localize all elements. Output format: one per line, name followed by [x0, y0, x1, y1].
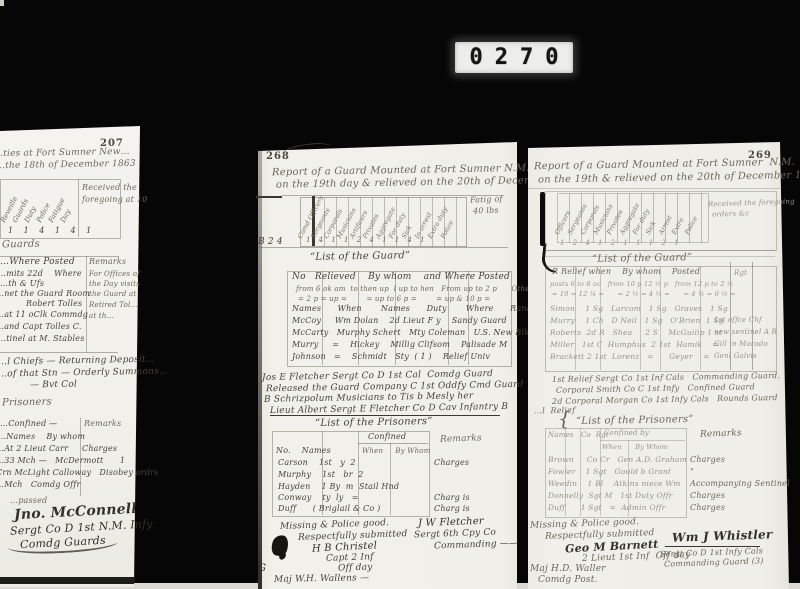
row-remark: Genl Galvis [714, 353, 757, 360]
guard-table-header: posts 6 to 8 oc from 10 p 12 ½ p from 12… [550, 281, 733, 288]
left-posted-row: …tinel at M. Stables [0, 335, 85, 343]
row-remark: 1st offce Chf [714, 317, 762, 324]
left-posted-row: …and Capt Tolles C. [0, 323, 82, 331]
frame-counter-digits: 0270 [458, 45, 571, 70]
left-remarks-line: Retired Tol… [89, 302, 138, 309]
table-row: Duff ( Briglail & Co ) [278, 505, 380, 513]
row-remark: Charges [690, 504, 725, 512]
center-tally-note: Fatig of [470, 195, 503, 204]
left-posted-row: …at 11 oClk Commdg [0, 311, 88, 319]
left-guards-label: Guards [2, 240, 40, 251]
rule-line [258, 247, 508, 248]
left-chief-line: — Bvt Col [30, 381, 77, 391]
left-posted-row: …net the Guard Room [0, 290, 90, 298]
left-prisoner-row: …Confined — [0, 420, 57, 428]
left-remarks-line: at th… [89, 313, 114, 320]
table-row: Conway ty ly = [278, 494, 359, 502]
left-prisoner-row: Crn McLight Calloway Disobey ordrs [0, 469, 159, 477]
table-row: Hayden 1 By m Stail Hnd [278, 483, 399, 491]
tally-column-label: Police [683, 215, 699, 236]
left-received-note: Received the [82, 184, 137, 192]
prisoners-list-quote: “List of the Prisoners” [576, 415, 694, 427]
table-row: Roberts 2d R Shea 2 S McGuilip 1 st [550, 329, 722, 337]
prisoners-columns: Names Co Rgt [548, 432, 609, 439]
guard-table-header: from 6 ok am to then up l up to hen From… [296, 286, 537, 293]
row-remark: Charg is [434, 505, 470, 513]
remarks-header: Remarks [700, 429, 742, 439]
film-edge-sliver [0, 0, 4, 6]
table-row: Murry = Hickey Millig Clifsom Palisade M [292, 341, 507, 349]
closing-line: Maj H.D. Waller [530, 565, 606, 574]
microfilm-scan: 0270 207 …ties at Fort Sumner New… …the … [0, 0, 800, 589]
left-remarks-line: the Day visits [89, 281, 140, 288]
right-tally-header: Officers Sergeants Corporals Musicians P… [559, 194, 707, 238]
guard-list-quote: “List of the Guard” [310, 251, 410, 263]
guard-list-quote: “List of the Guard” [592, 253, 692, 265]
guard-table-columns: Names When Names Duty Where Rank [292, 305, 532, 313]
prisoners-subcolumns: When By Whom [602, 444, 668, 451]
brace-mark: { [558, 408, 571, 428]
table-border [600, 440, 685, 441]
table-border [358, 443, 428, 444]
left-prisoners-heading: Prisoners [2, 398, 52, 409]
rule-line [528, 188, 780, 189]
row-remark: Charg is [434, 494, 470, 502]
left-remarks-line: the Guard at [89, 291, 136, 298]
table-row: Simon 1 Sg Larcom 1 Sg Graves 1 Sg [550, 305, 728, 313]
left-tally-counts: 1 1 4 1 4 1 [8, 227, 95, 235]
closing-line: Comdg Post. [538, 576, 598, 585]
prisoners-list-quote: “List of the Prisoners” [315, 417, 433, 429]
left-remarks-line: Remarks [89, 258, 126, 266]
rule-line [545, 250, 775, 251]
guard-table-header: No Relieved By whom and Where Posted [292, 273, 510, 282]
left-chief-line: …of that Stn — Orderly Summons… [0, 368, 168, 380]
guard-table-header: = 10 = 12 ¼ = = 2 ½ = 4 ½ = = 4 ½ = 6 ½ … [552, 291, 736, 298]
tally-column-label: Sick [644, 220, 658, 236]
table-row: Brown Co Cr Gen A.D. Graham [548, 456, 687, 464]
table-row: McCoy Wm Dolan 2d Lieut F y Sandy Guard [292, 317, 507, 325]
center-tally-note: 40 lbs [473, 207, 499, 216]
row-remark: " [690, 468, 694, 476]
remarks-header: Remarks [440, 434, 482, 444]
row-remark: Accompanying Sentinel [690, 480, 790, 488]
table-row: Brackett 2 1st Lorenz = Geyer = [550, 353, 710, 361]
center-tally-counts: 1 4 1 1 2 4 1 1 4 1 [306, 237, 428, 244]
left-tally-header: Reveille Guards Duty Police Fatigue Day [4, 181, 78, 226]
row-remark: Gill in Morado [714, 341, 768, 348]
row-remark: Charges [690, 492, 725, 500]
prisoners-columns: No. Names [276, 447, 331, 455]
row-remark: Charges [434, 459, 469, 467]
table-row: Weedin 1 Bl Atkins niece Wm [548, 480, 681, 488]
row-remark: new sentinel A R [714, 329, 777, 336]
right-received-note: orders &c [712, 210, 750, 218]
signature-line: Wm J Whistler [672, 528, 773, 543]
table-row: Murry 1 Ch D Neil 1 Sg O'Brien 1 Sg [550, 317, 724, 325]
table-row: Carson 1st y 2 [278, 459, 356, 467]
closing-line: Maj W.H. Wallens — [274, 574, 369, 585]
confined-header: Confined [368, 433, 406, 441]
left-passed-label: …passed [10, 497, 47, 505]
prisoners-subcolumns: When By Whom [362, 448, 431, 455]
margin-initial: G [258, 564, 266, 574]
left-prisoner-row: …At 2 Lieut Carr Charges [0, 445, 117, 453]
left-received-note: foregoing at 10 [82, 196, 147, 204]
frame-counter: 0270 [455, 42, 573, 73]
table-row: Murphy 1st br 2 [278, 471, 364, 479]
table-row: Miller 1st C Humphus 2 1st Hamik = [550, 341, 719, 349]
left-posted-row: …th & Ufs [0, 280, 44, 288]
left-posted-row: …mits 22d Where [0, 270, 82, 278]
margin-mark: B 2 4 [258, 238, 283, 247]
left-prisoner-row: …Names By whom [0, 433, 85, 441]
table-row: McCarty Murphy Schert Mty Coleman U.S. N… [292, 329, 529, 337]
left-remarks-line: Remarks [84, 420, 121, 428]
right-tally-counts: 1 2 4 1 2 1 1 1 2 1 [560, 240, 682, 247]
table-row: Donnelly Sgt M 1st Duty Offr [548, 492, 673, 500]
rule-line [0, 352, 118, 353]
table-row: Fowler 1 Sgt Gould b Grant [548, 468, 671, 476]
confined-header: Confined by [604, 430, 649, 437]
table-border [86, 256, 87, 352]
left-posted-row: …Where Posted [0, 258, 75, 267]
closing-line: Off day [338, 563, 373, 573]
row-remark: Charges [690, 456, 725, 464]
guard-table-header: Rgt [734, 270, 747, 277]
left-posted-row: Robert Tolles [26, 300, 82, 308]
left-prisoner-row: …Mch Comdg Offr [0, 481, 80, 489]
margin-dash [256, 196, 282, 198]
left-remarks-line: For Offices of [89, 271, 140, 278]
right-received-note: Received the foregoing [708, 198, 795, 208]
left-prisoner-row: …33 Mch — McDermott 1 [0, 457, 125, 465]
table-row: Johnson = Schmidt Sty ( 1 ) Relief Univ [292, 353, 490, 361]
guard-table-header: = 2 p = up = = up to 6 p = = up & 10 p = [298, 296, 490, 303]
table-row: Duff 1 Sgt = Admin Offr [548, 504, 665, 512]
guard-table-header: R Relief when By whom Posted [552, 268, 700, 276]
